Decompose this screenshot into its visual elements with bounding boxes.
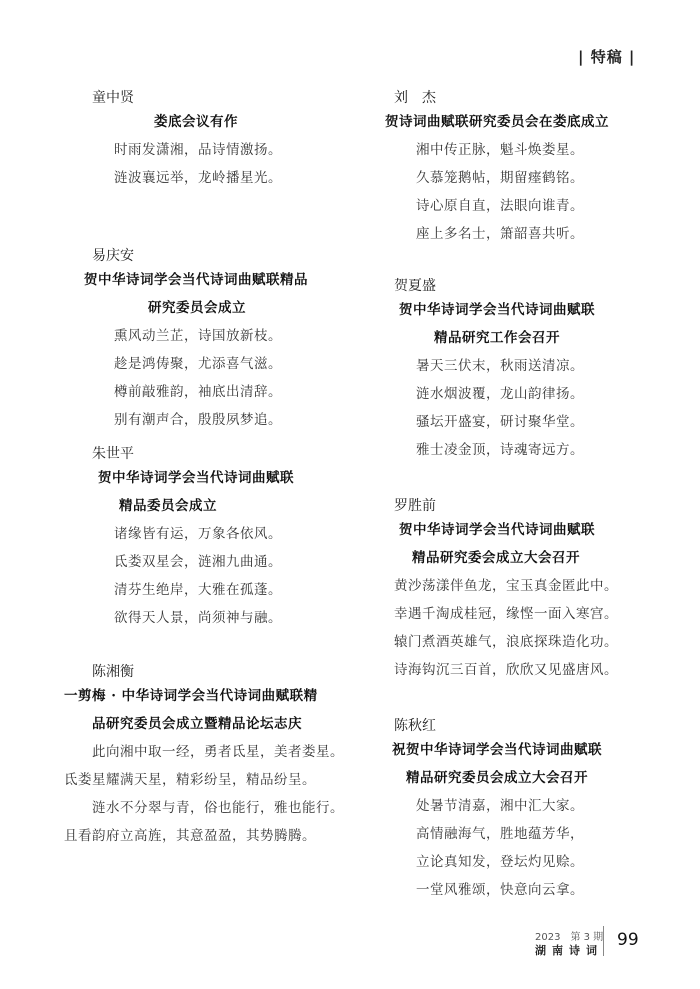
poem-title: 贺中华诗词学会当代诗词曲赋联 (394, 516, 618, 544)
magazine-name: 湖南诗词 (535, 942, 603, 958)
poem-line: 氐娄双星会，涟湘九曲通。 (92, 548, 294, 576)
poem-luo-shengqian: 罗胜前 贺中华诗词学会当代诗词曲赋联 精品研究委会成立大会召开 黄沙荡漾伴鱼龙，… (394, 496, 618, 684)
poem-line: 处暑节清嘉，湘中汇大家。 (394, 792, 602, 820)
poem-line: 立论真知发，登坛灼见赊。 (394, 848, 602, 876)
poem-line: 樽前敲雅韵，袖底出清辞。 (92, 378, 308, 406)
poem-line: 涟水烟波覆，龙山韵律扬。 (394, 380, 595, 408)
poem-line: 欲得天人景，尚须神与融。 (92, 604, 294, 632)
poem-liu-jie: 刘 杰 贺诗词曲赋联研究委员会在娄底成立 湘中传正脉，魁斗焕娄星。 久慕笼鹅帖，… (394, 88, 609, 248)
poem-line: 暑天三伏末，秋雨送清凉。 (394, 352, 595, 380)
poem-author: 贺夏盛 (394, 276, 595, 296)
poem-line: 氐娄星耀满天星，精彩纷呈，精品纷呈。 (64, 766, 344, 794)
poem-he-xiasheng: 贺夏盛 贺中华诗词学会当代诗词曲赋联 精品研究工作会召开 暑天三伏末，秋雨送清凉… (394, 276, 595, 464)
poem-author: 陈秋红 (394, 716, 602, 736)
section-tag: | 特稿 | (578, 46, 635, 67)
poem-author: 童中贤 (92, 88, 282, 108)
poem-title: 精品研究委会成立大会召开 (394, 544, 618, 572)
poem-line: 且看韵府立高旌，其意盈盈，其势腾腾。 (64, 822, 344, 850)
poem-line: 涟水不分翠与青，俗也能行，雅也能行。 (92, 794, 344, 822)
poem-author: 朱世平 (92, 444, 294, 464)
poem-line: 高情融海气，胜地蕴芳华， (394, 820, 602, 848)
issue-label: 2023 第 3 期 (535, 928, 603, 943)
poem-title: 贺中华诗词学会当代诗词曲赋联精品 (84, 266, 308, 294)
poem-line: 清芬生绝岸，大雅在孤蓬。 (92, 576, 294, 604)
poem-title: 精品研究工作会召开 (394, 324, 595, 352)
poem-author: 陈湘衡 (92, 662, 344, 682)
poem-line: 幸遇千淘成桂冠，缘悭一面入寒宫。 (394, 600, 618, 628)
poem-line: 趁是鸿俦聚，尤添喜气滋。 (92, 350, 308, 378)
poem-line: 一堂风雅颂，快意向云拿。 (394, 876, 602, 904)
poem-line: 黄沙荡漾伴鱼龙，宝玉真金匿此中。 (394, 572, 618, 600)
poem-author: 刘 杰 (394, 88, 609, 108)
poem-line: 骚坛开盛宴，研讨聚华堂。 (394, 408, 595, 436)
poem-chen-xiangheng: 陈湘衡 一剪梅 · 中华诗词学会当代诗词曲赋联精 品研究委员会成立暨精品论坛志庆… (92, 662, 344, 850)
poem-line: 湘中传正脉，魁斗焕娄星。 (394, 136, 609, 164)
poem-tong-zhongxian: 童中贤 娄底会议有作 时雨发潇湘，品诗情激扬。 涟波襄远举，龙岭播星光。 (92, 88, 282, 192)
poem-author: 易庆安 (92, 246, 308, 266)
poem-line: 辕门煮酒英雄气，浪底探珠造化功。 (394, 628, 618, 656)
poem-title: 精品委员会成立 (92, 492, 294, 520)
poem-line: 诗海钩沉三百首，欣欣又见盛唐风。 (394, 656, 618, 684)
poem-line: 雅士凌金顶，诗魂寄远方。 (394, 436, 595, 464)
page-number: 99 (617, 930, 639, 950)
poem-title: 一剪梅 · 中华诗词学会当代诗词曲赋联精 (64, 682, 344, 710)
footer-divider (603, 926, 604, 956)
poem-title: 精品研究委员会成立大会召开 (394, 764, 602, 792)
poem-title: 贺中华诗词学会当代诗词曲赋联 (394, 296, 595, 324)
poem-chen-qiuhong: 陈秋红 祝贺中华诗词学会当代诗词曲赋联 精品研究委员会成立大会召开 处暑节清嘉，… (394, 716, 602, 904)
poem-title: 研究委员会成立 (92, 294, 308, 322)
poem-title: 贺诗词曲赋联研究委员会在娄底成立 (385, 108, 609, 136)
poem-yi-qingan: 易庆安 贺中华诗词学会当代诗词曲赋联精品 研究委员会成立 熏风动兰芷，诗国放新枝… (92, 246, 308, 434)
poem-author: 罗胜前 (394, 496, 618, 516)
poem-title: 品研究委员会成立暨精品论坛志庆 (92, 710, 344, 738)
poem-title: 贺中华诗词学会当代诗词曲赋联 (92, 464, 294, 492)
poem-line: 诸缘皆有运，万象各依风。 (92, 520, 294, 548)
poem-line: 诗心原自直，法眼向谁青。 (394, 192, 609, 220)
poem-line: 时雨发潇湘，品诗情激扬。 (92, 136, 282, 164)
poem-title: 娄底会议有作 (92, 108, 282, 136)
poem-line: 久慕笼鹅帖，期留瘗鹤铭。 (394, 164, 609, 192)
poem-zhu-shiping: 朱世平 贺中华诗词学会当代诗词曲赋联 精品委员会成立 诸缘皆有运，万象各依风。 … (92, 444, 294, 632)
poem-line: 别有潮声合，殷殷夙梦追。 (92, 406, 308, 434)
poem-line: 熏风动兰芷，诗国放新枝。 (92, 322, 308, 350)
poem-line: 此向湘中取一经，勇者氐星，美者娄星。 (92, 738, 344, 766)
poem-title: 祝贺中华诗词学会当代诗词曲赋联 (392, 736, 602, 764)
poem-line: 涟波襄远举，龙岭播星光。 (92, 164, 282, 192)
poem-line: 座上多名士，箫韶喜共听。 (394, 220, 609, 248)
